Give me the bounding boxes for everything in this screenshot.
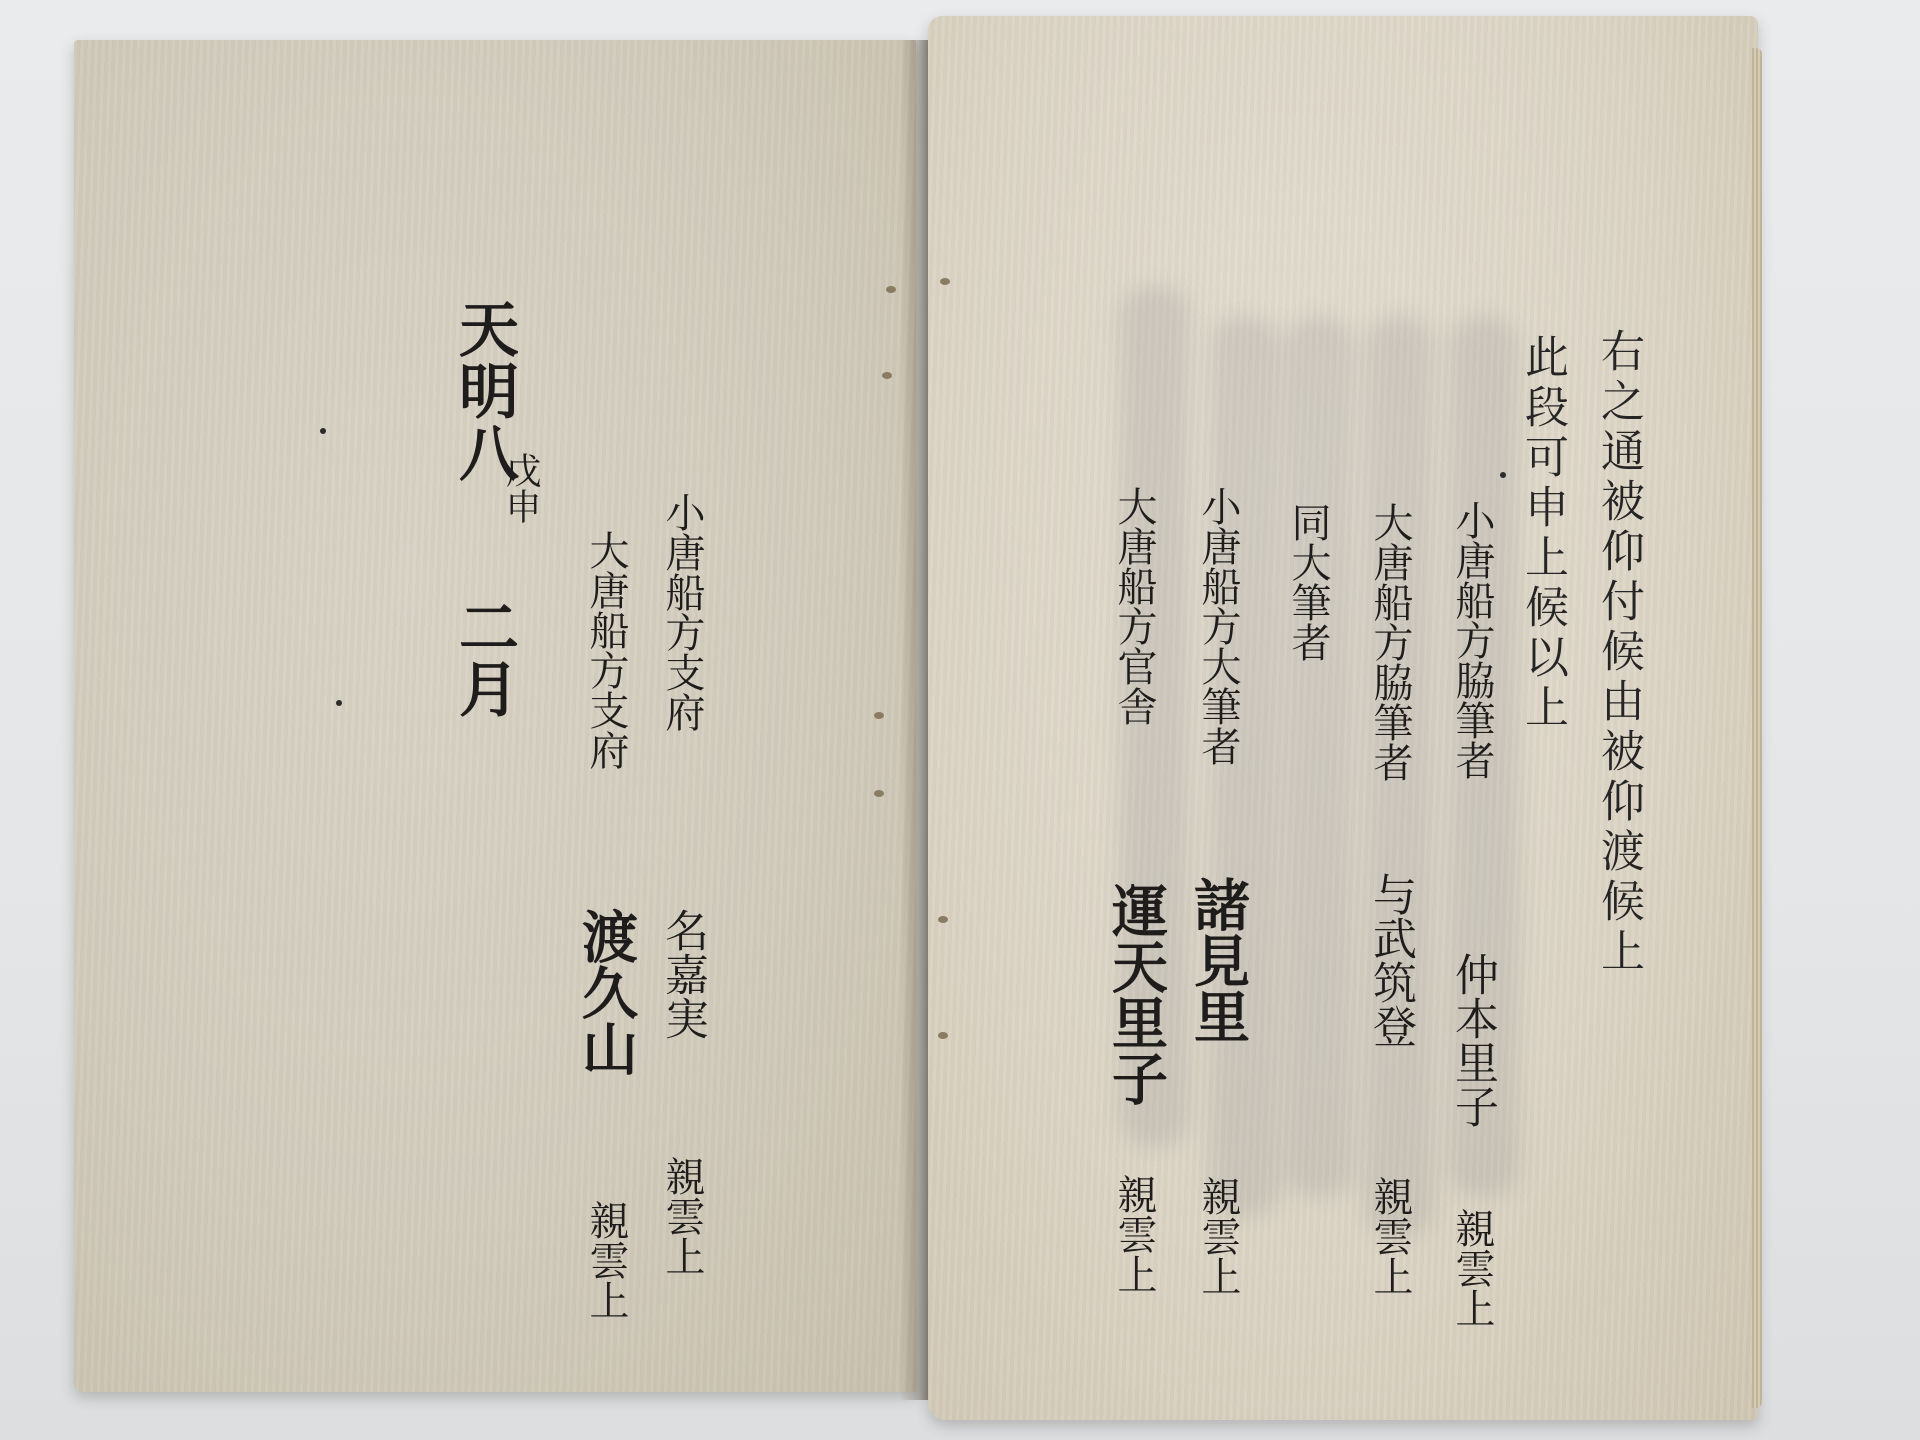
entry-office: 小唐船方脇筆者 <box>1452 500 1492 780</box>
date-heading-zodiac: 戊申 <box>502 452 538 524</box>
binding-hole <box>940 278 950 285</box>
entry-name: 同大筆者 与武筑登 <box>1368 872 1412 1048</box>
date-heading-month: 二月 <box>454 596 514 720</box>
ink-dot <box>1500 472 1506 478</box>
entry-closing: 親雲上 <box>662 1156 702 1276</box>
entry-office: 小唐船方支府 <box>662 492 702 732</box>
entry-name: 渡久山 <box>578 908 634 1076</box>
month: 二月 <box>449 596 519 720</box>
cursive-line: 此段可申上候以上 <box>1520 334 1564 734</box>
left-page: 天明八 戊申 二月 小唐船方支府 名嘉実 親雲上 大唐船方支府 渡久山 親雲上 <box>74 40 916 1392</box>
ink-dot <box>320 428 326 434</box>
entry-closing: 親雲上 <box>1198 1176 1238 1296</box>
entry-office: 大唐船方脇筆者 <box>1370 502 1410 782</box>
entry-closing: 親雲上 <box>1114 1174 1154 1294</box>
binding-hole <box>874 790 884 797</box>
page-stack-edge <box>1752 48 1762 1408</box>
entry-name: 名嘉実 <box>660 908 704 1040</box>
entry-office: 同大筆者 <box>1288 502 1328 662</box>
binding-hole <box>938 916 948 923</box>
zodiac-year: 戊申 <box>500 452 541 524</box>
ink-dot <box>336 700 342 706</box>
open-manuscript: 天明八 戊申 二月 小唐船方支府 名嘉実 親雲上 大唐船方支府 渡久山 親雲上 <box>0 0 1920 1440</box>
ink-bleed <box>1284 316 1354 1196</box>
entry-closing: 親雲上 <box>586 1200 626 1320</box>
entry-name: 運天里子 <box>1108 882 1164 1106</box>
entry-closing: 親雲上 <box>1370 1176 1410 1296</box>
entry-name: 仲本里子 <box>1450 952 1494 1128</box>
binding-hole <box>882 372 892 379</box>
entry-name: 諸見里 <box>1190 876 1246 1044</box>
binding-hole <box>938 1032 948 1039</box>
entry-office: 大唐船方官舎 <box>1114 486 1154 726</box>
cursive-line: 右之通被仰付候由被仰渡候上 <box>1596 328 1640 978</box>
entry-closing: 親雲上 <box>1452 1208 1492 1328</box>
binding-hole <box>886 286 896 293</box>
entry-office: 大唐船方支府 <box>586 530 626 770</box>
ink-bleed <box>1210 316 1280 1216</box>
right-page: 右之通被仰付候由被仰渡候上 此段可申上候以上 小唐船方脇筆者 仲本里子 親雲上 … <box>928 16 1758 1420</box>
binding-hole <box>874 712 884 719</box>
entry-office: 小唐船方大筆者 <box>1198 486 1238 766</box>
